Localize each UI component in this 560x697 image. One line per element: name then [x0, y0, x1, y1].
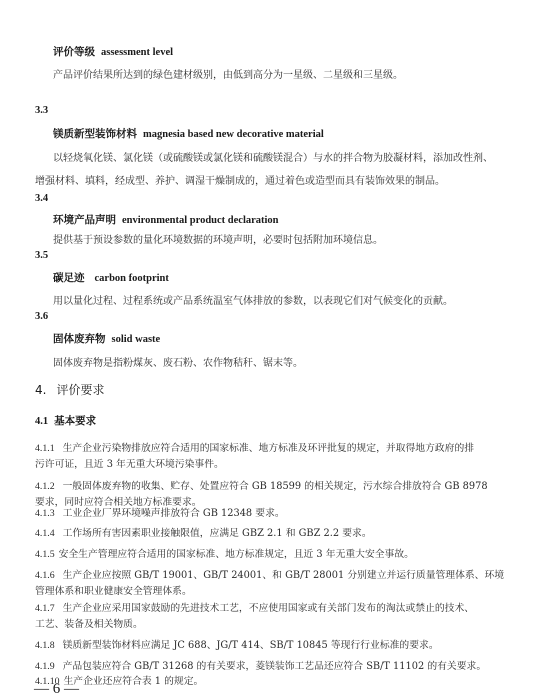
section-heading: 4.1基本要求	[35, 413, 96, 428]
term-title-en: solid waste	[112, 334, 161, 345]
clause-number: 4.1.8	[35, 640, 55, 651]
section-number: 4.1	[35, 416, 48, 427]
term-title-cn: 固体废弃物	[53, 333, 106, 345]
term-title-epd: 环境产品声明environmental product declaration	[53, 212, 279, 227]
chapter-number: 4.	[35, 383, 46, 397]
clause-text: 生产企业应采用国家鼓励的先进技术工艺，不应使用国家或有关部门发布的淘汰或禁止的技…	[63, 603, 474, 614]
clause-4-1-9: 4.1.9产品包装应符合 GB/T 31268 的有关要求，菱镁装饰工艺品还应符…	[35, 658, 486, 672]
clause-text-continued: 工艺、装备及相关物质。	[35, 616, 143, 630]
clause-text-continued: 污许可证，且近 3 年无重大环境污染事件。	[35, 456, 224, 470]
clause-text: 安全生产管理应符合适用的国家标准、地方标准规定，且近 3 年无重大安全事故。	[59, 549, 414, 560]
clause-4-1-5: 4.1.5安全生产管理应符合适用的国家标准、地方标准规定，且近 3 年无重大安全…	[35, 546, 414, 560]
clause-number: 4.1.1	[35, 443, 55, 454]
section-title: 基本要求	[54, 415, 96, 427]
clause-text: 一般固体废弃物的收集、贮存、处置应符合 GB 18599 的相关规定，污水综合排…	[63, 481, 488, 492]
term-definition-continued: 增强材料、填料，经成型、养护、调湿干燥制成的，通过着色或造型而具有装饰效果的制品…	[35, 172, 445, 187]
term-title-magnesia-material: 镁质新型装饰材料magnesia based new decorative ma…	[53, 126, 324, 141]
clause-4-1-4: 4.1.4工作场所有害因素职业接触限值，应满足 GBZ 2.1 和 GBZ 2.…	[35, 525, 372, 539]
clause-text: 产品包装应符合 GB/T 31268 的有关要求，菱镁装饰工艺品还应符合 SB/…	[63, 661, 487, 672]
term-definition: 用以量化过程、过程系统或产品系统温室气体排放的参数，以表现它们对气候变化的贡献。	[53, 292, 453, 307]
clause-text: 生产企业污染物排放应符合适用的国家标准、地方标准及环评批复的规定，并取得地方政府…	[63, 443, 474, 454]
term-definition: 提供基于预设参数的量化环境数据的环境声明，必要时包括附加环境信息。	[53, 231, 383, 246]
clause-text: 工业企业厂界环境噪声排放符合 GB 12348 要求。	[63, 508, 285, 519]
term-definition: 以轻烧氧化镁、氯化镁（或硫酸镁或氯化镁和硫酸镁混合）与水的拌合物为胶凝材料，添加…	[53, 149, 493, 164]
term-title-cn: 碳足迹	[53, 272, 85, 284]
term-title-cn: 环境产品声明	[53, 214, 116, 226]
clause-text: 工作场所有害因素职业接触限值，应满足 GBZ 2.1 和 GBZ 2.2 要求。	[63, 528, 372, 539]
clause-number: 4.1.6	[35, 570, 55, 581]
chapter-heading: 4.评价要求	[35, 381, 104, 398]
chapter-title: 评价要求	[56, 383, 104, 397]
clause-text: 生产企业还应符合表 1 的规定。	[64, 676, 204, 687]
term-number: 3.3	[35, 105, 48, 116]
clause-number: 4.1.2	[35, 481, 55, 492]
clause-number: 4.1.4	[35, 528, 55, 539]
term-title-solid-waste: 固体废弃物solid waste	[53, 331, 160, 346]
page-number: — 6 —	[34, 681, 79, 697]
term-title-assessment-level: 评价等级assessment level	[53, 44, 173, 59]
clause-text: 镁质新型装饰材料应满足 JC 688、JG/T 414、SB/T 10845 等…	[63, 640, 439, 651]
clause-4-1-3: 4.1.3工业企业厂界环境噪声排放符合 GB 12348 要求。	[35, 505, 285, 519]
clause-text: 生产企业应按照 GB/T 19001、GB/T 24001、和 GB/T 280…	[63, 570, 504, 581]
term-definition: 产品评价结果所达到的绿色建材级别，由低到高分为一星级、二星级和三星级。	[53, 66, 403, 81]
term-title-en: carbon footprint	[95, 273, 169, 284]
clause-text-continued: 管理体系和职业健康安全管理体系。	[35, 583, 192, 597]
term-number: 3.6	[35, 311, 48, 322]
clause-4-1-6: 4.1.6生产企业应按照 GB/T 19001、GB/T 24001、和 GB/…	[35, 567, 504, 581]
clause-number: 4.1.9	[35, 661, 55, 672]
term-title-cn: 评价等级	[53, 46, 95, 58]
term-definition: 固体废弃物是指粉煤灰、废石粉、农作物秸秆、锯末等。	[53, 354, 303, 369]
clause-4-1-1: 4.1.1生产企业污染物排放应符合适用的国家标准、地方标准及环评批复的规定，并取…	[35, 440, 474, 454]
clause-number: 4.1.7	[35, 603, 55, 614]
clause-4-1-2: 4.1.2一般固体废弃物的收集、贮存、处置应符合 GB 18599 的相关规定，…	[35, 478, 488, 492]
clause-4-1-7: 4.1.7生产企业应采用国家鼓励的先进技术工艺，不应使用国家或有关部门发布的淘汰…	[35, 600, 474, 614]
clause-4-1-8: 4.1.8镁质新型装饰材料应满足 JC 688、JG/T 414、SB/T 10…	[35, 637, 439, 651]
clause-number: 4.1.3	[35, 508, 55, 519]
term-number: 3.5	[35, 250, 48, 261]
term-number: 3.4	[35, 193, 48, 204]
clause-number: 4.1.5	[35, 549, 55, 560]
term-title-carbon-footprint: 碳足迹carbon footprint	[53, 270, 169, 285]
term-title-en: environmental product declaration	[122, 215, 279, 226]
term-title-en: assessment level	[101, 47, 173, 58]
term-title-en: magnesia based new decorative material	[143, 129, 324, 140]
term-title-cn: 镁质新型装饰材料	[53, 128, 137, 140]
